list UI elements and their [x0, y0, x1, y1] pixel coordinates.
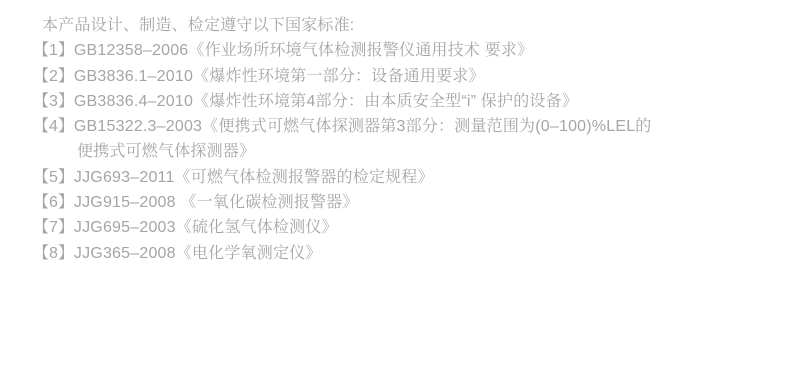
standard-item-3: 【3】GB3836.4–2010《爆炸性环境第4部分：由本质安全型“i” 保护的… — [0, 89, 790, 114]
standards-list: 本产品设计、制造、检定遵守以下国家标准: 【1】GB12358–2006《作业场… — [0, 13, 790, 266]
standard-item-8: 【8】JJG365–2008《电化学氧测定仪》 — [0, 241, 790, 266]
manual-page: 本产品设计、制造、检定遵守以下国家标准: 【1】GB12358–2006《作业场… — [0, 0, 790, 366]
standard-item-8-marker: 【8】 — [33, 245, 74, 262]
standard-item-6-text: JJG915–2008 《一氧化碳检测报警器》 — [74, 194, 359, 211]
standard-item-2-marker: 【2】 — [33, 68, 74, 85]
standard-item-1-text: GB12358–2006《作业场所环境气体检测报警仪通用技术 要求》 — [74, 42, 533, 59]
standard-item-3-text: GB3836.4–2010《爆炸性环境第4部分：由本质安全型“i” 保护的设备》 — [74, 93, 578, 110]
standard-item-3-marker: 【3】 — [33, 93, 74, 110]
standard-item-6: 【6】JJG915–2008 《一氧化碳检测报警器》 — [0, 190, 790, 215]
standard-item-7-marker: 【7】 — [33, 219, 74, 236]
standard-item-1-marker: 【1】 — [33, 42, 74, 59]
standard-item-4-text: GB15322.3–2003《便携式可燃气体探测器第3部分：测量范围为(0–10… — [74, 118, 652, 135]
standard-item-1: 【1】GB12358–2006《作业场所环境气体检测报警仪通用技术 要求》 — [0, 38, 790, 63]
standards-intro: 本产品设计、制造、检定遵守以下国家标准: — [0, 13, 790, 38]
standard-item-5-text: JJG693–2011《可燃气体检测报警器的检定规程》 — [74, 169, 434, 186]
standard-item-8-text: JJG365–2008《电化学氧测定仪》 — [74, 245, 322, 262]
standard-item-2: 【2】GB3836.1–2010《爆炸性环境第一部分：设备通用要求》 — [0, 64, 790, 89]
standard-item-7: 【7】JJG695–2003《硫化氢气体检测仪》 — [0, 215, 790, 240]
standard-item-5-marker: 【5】 — [33, 169, 74, 186]
standard-item-5: 【5】JJG693–2011《可燃气体检测报警器的检定规程》 — [0, 165, 790, 190]
standard-item-4-marker: 【4】 — [33, 118, 74, 135]
standard-item-4: 【4】GB15322.3–2003《便携式可燃气体探测器第3部分：测量范围为(0… — [0, 114, 790, 139]
standard-item-4-continuation: 便携式可燃气体探测器》 — [0, 139, 790, 164]
standard-item-2-text: GB3836.1–2010《爆炸性环境第一部分：设备通用要求》 — [74, 68, 485, 85]
standard-item-6-marker: 【6】 — [33, 194, 74, 211]
standard-item-7-text: JJG695–2003《硫化氢气体检测仪》 — [74, 219, 338, 236]
